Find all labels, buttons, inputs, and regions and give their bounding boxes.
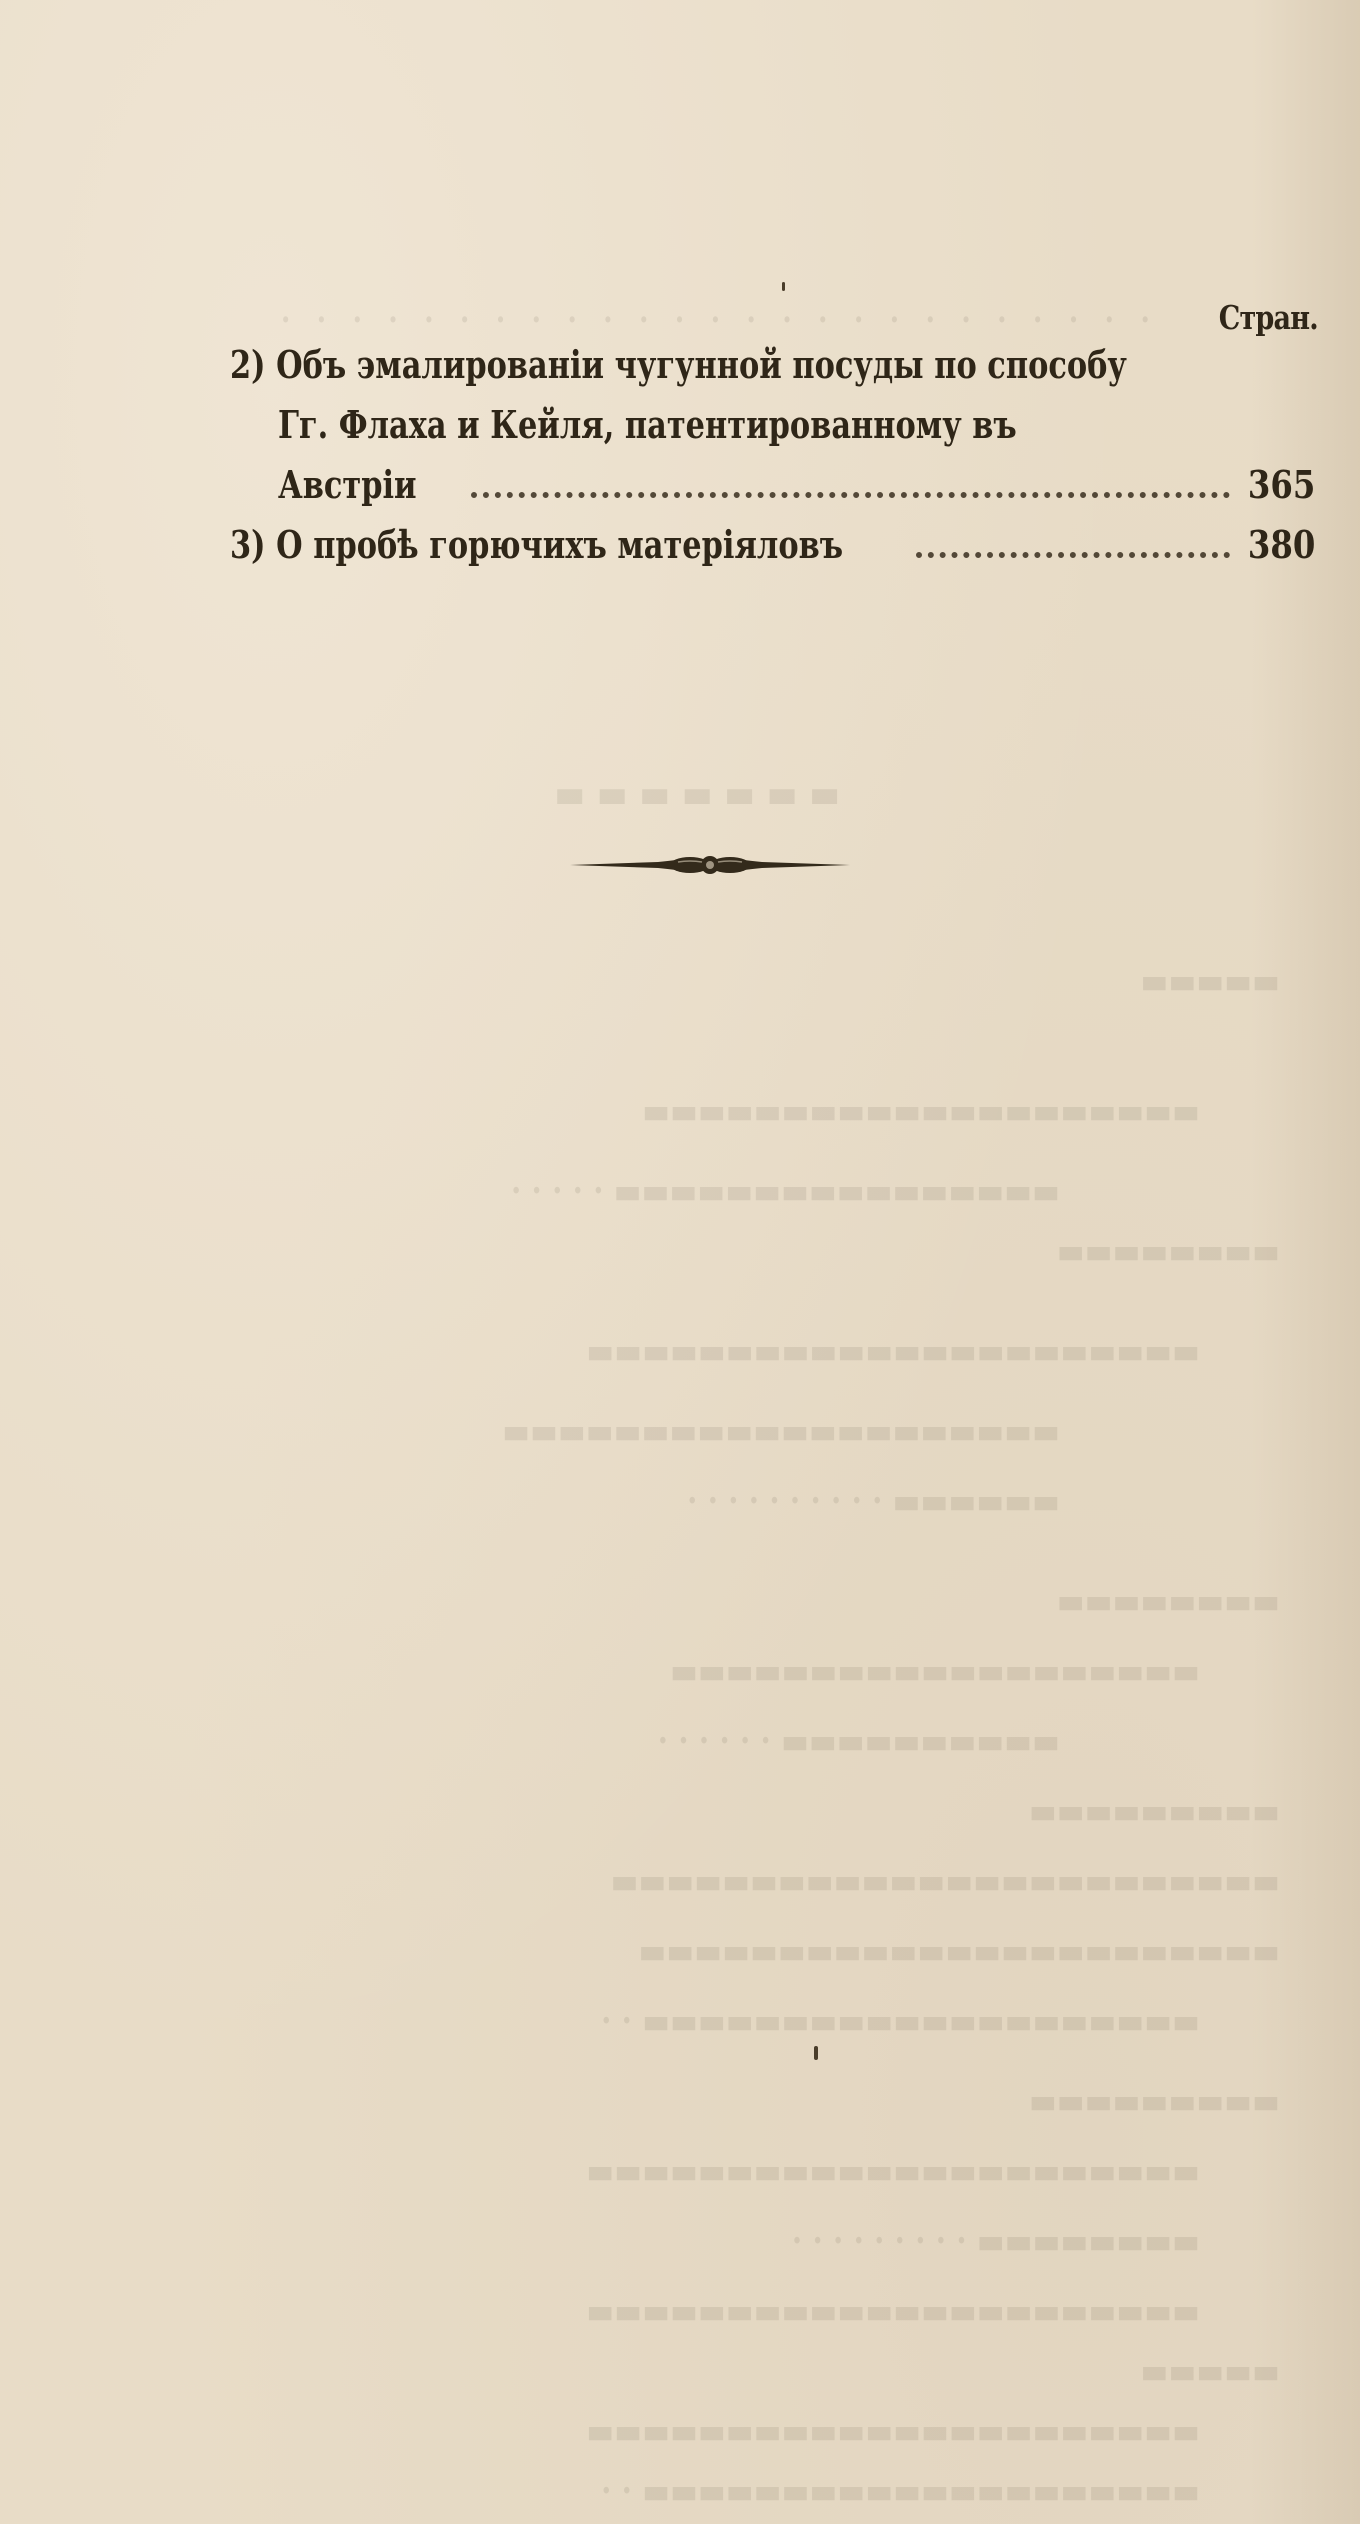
toc-entry: 3) О пробѣ горючихъ матеріяловъ 380: [230, 515, 1315, 575]
entry-title-line: Гг. Флаха и Кейля, патентированному въ: [278, 395, 1017, 455]
decorative-rule-ornament-icon: [568, 850, 852, 880]
dot-leader: [916, 552, 1229, 558]
book-page: · · · · · · · · · · · · · · · · · · · · …: [0, 0, 1360, 2524]
entry-number: 2): [230, 342, 266, 387]
entry-title-line: Австріи: [278, 455, 417, 515]
entry-page-number: 365: [1248, 455, 1315, 515]
entry-page-number: 380: [1248, 515, 1315, 575]
entry-title-line: О пробѣ горючихъ матеріяловъ: [276, 522, 843, 567]
ink-speck: [814, 2046, 818, 2060]
toc-line: Австріи 365: [230, 455, 1315, 515]
page-column-label: Стран.: [1219, 298, 1318, 337]
ink-speck: [782, 282, 785, 291]
entry-number: 3): [230, 522, 266, 567]
dot-leader: [471, 492, 1229, 498]
toc-line: 3) О пробѣ горючихъ матеріяловъ 380: [230, 515, 1315, 575]
table-of-contents: 2) Объ эмалированіи чугунной посуды по с…: [230, 335, 1315, 575]
entry-title-line: Объ эмалированіи чугунной посуды по спос…: [276, 342, 1127, 387]
toc-entry: 2) Объ эмалированіи чугунной посуды по с…: [230, 335, 1315, 515]
toc-line: Гг. Флаха и Кейля, патентированному въ: [230, 395, 1315, 455]
toc-line: 2) Объ эмалированіи чугунной посуды по с…: [230, 335, 1315, 395]
